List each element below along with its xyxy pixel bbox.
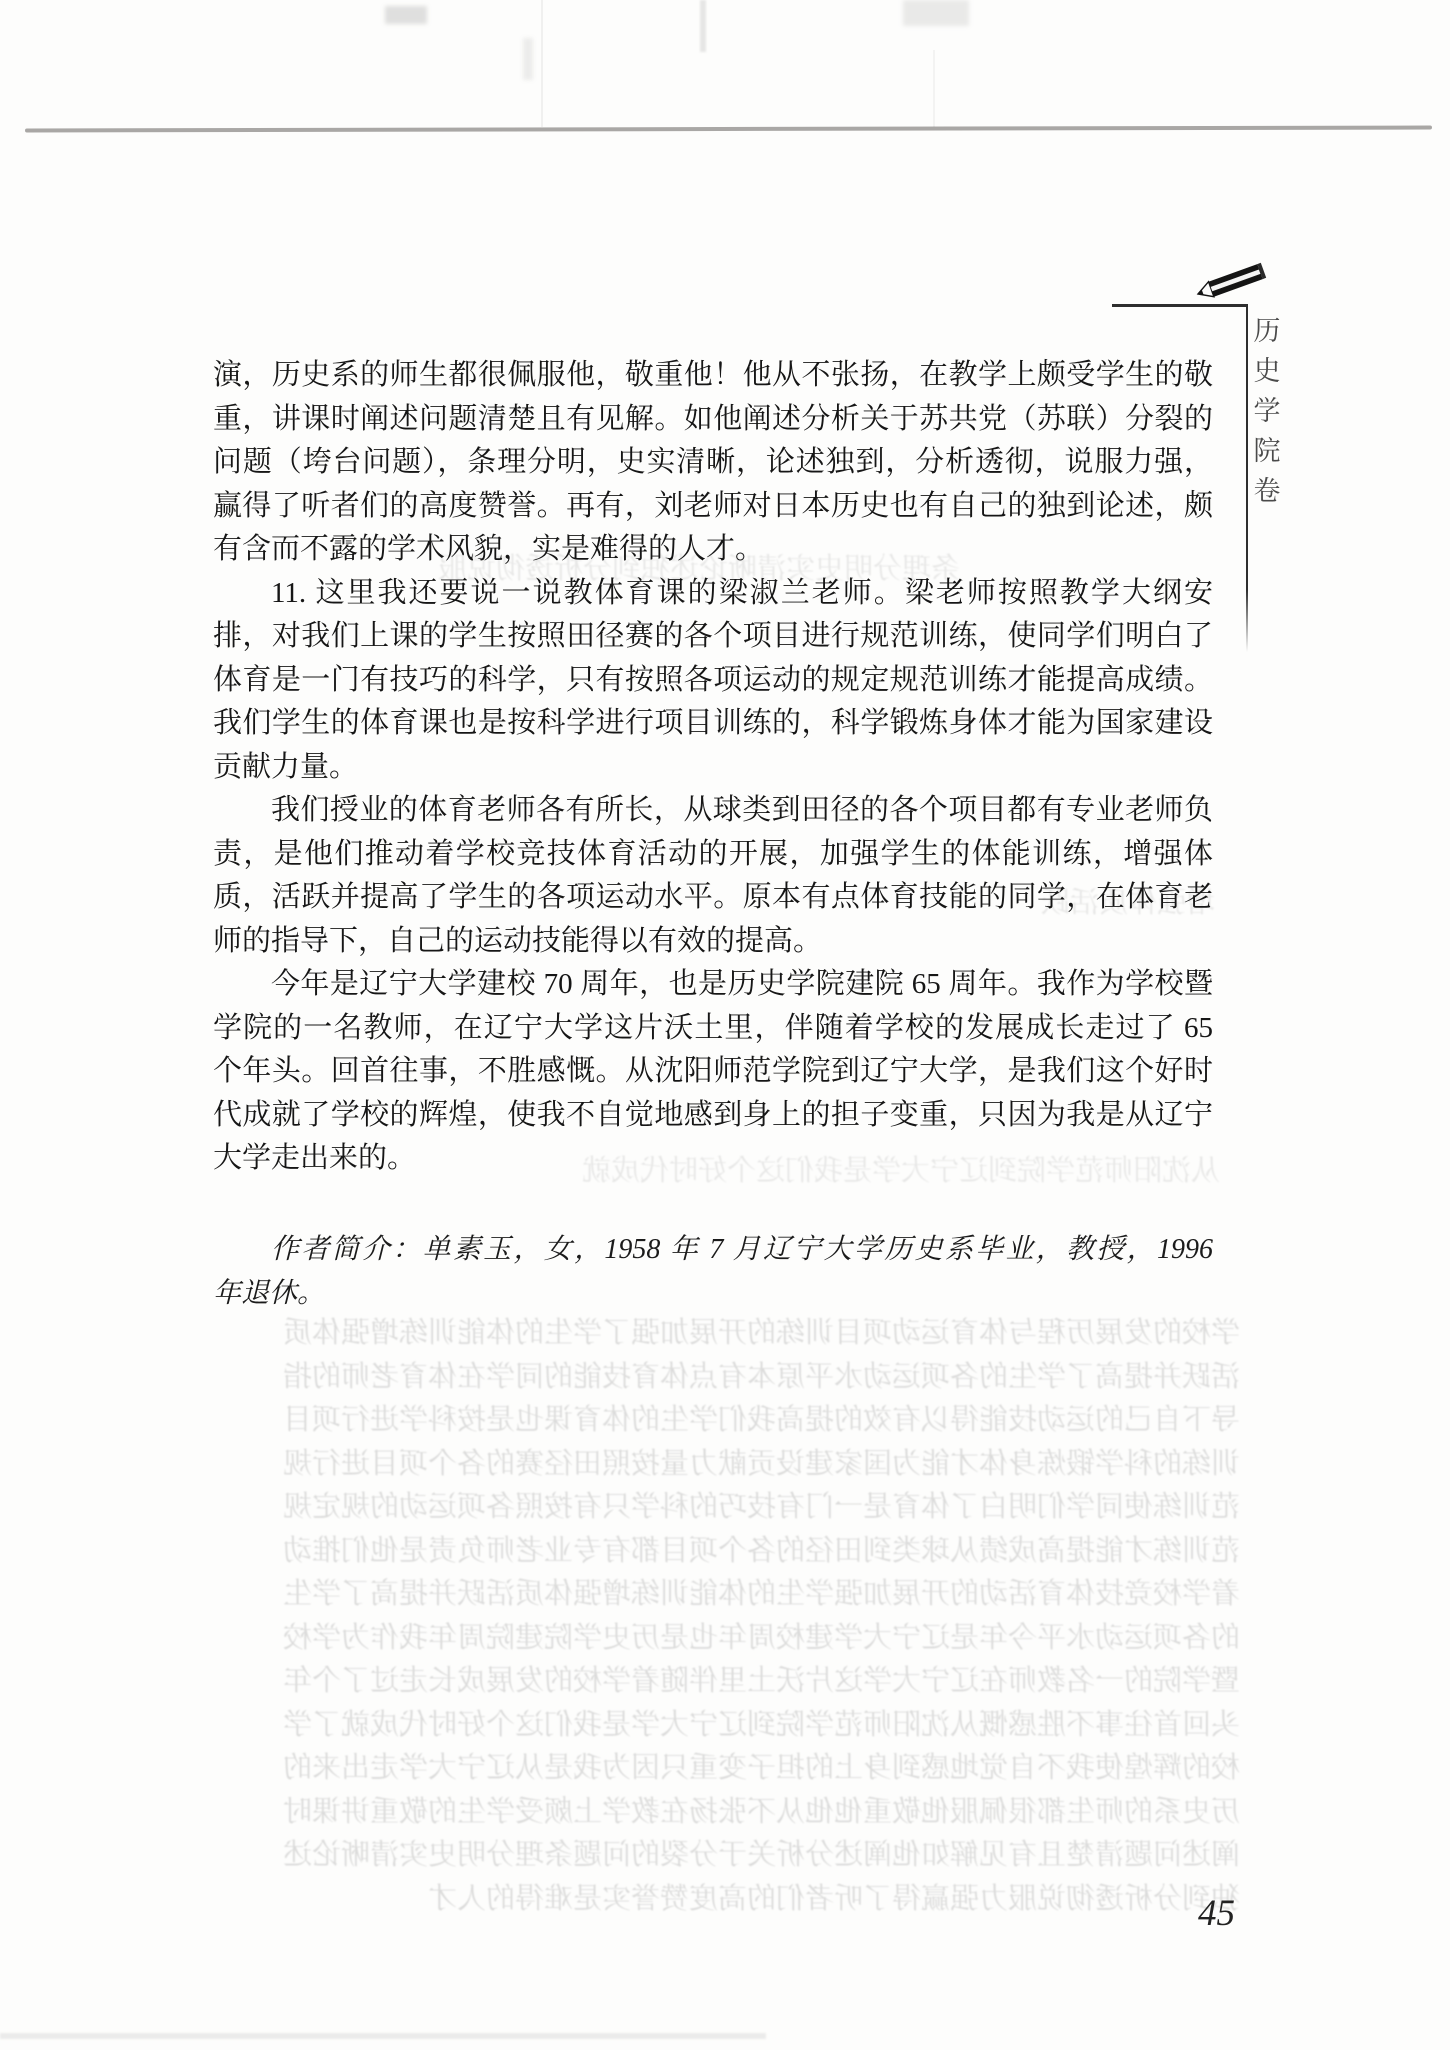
page-number: 45 <box>1198 1892 1235 1935</box>
text-line: 我们学生的体育课也是按科学进行项目训练的，科学锻炼身体才能为国家建设 <box>213 702 1213 746</box>
top-scan-rule <box>25 126 1432 133</box>
sidebar-label: 历史学院卷 <box>1252 318 1282 505</box>
bleedthrough-line: 训练的科学锻炼身体才能为国家建设贡献力量按照田径赛的各个项目进行规 <box>165 1443 1240 1487</box>
corner-rule-vertical <box>1246 304 1248 652</box>
text-line: 个年头。回首往事，不胜感慨。从沈阳师范学院到辽宁大学，是我们这个好时 <box>213 1050 1213 1094</box>
text-line: 演，历史系的师生都很佩服他，敬重他！他从不张扬，在教学上颇受学生的敬 <box>213 354 1213 398</box>
bio-line: 作者简介：单素玉，女，1958 年 7 月辽宁大学历史系毕业，教授，1996 <box>213 1228 1213 1272</box>
text-line: 学院的一名教师，在辽宁大学这片沃土里，伴随着学校的发展成长走过了 65 <box>213 1007 1213 1051</box>
bleedthrough-line: 头回首往事不胜感慨从沈阳师范学院到辽宁大学是我们这个好时代成就了学 <box>165 1704 1240 1748</box>
bleedthrough-line: 校的辉煌使我不自觉地感到身上的担子变重只因为我是从辽宁大学走出来的 <box>165 1747 1240 1791</box>
scan-artifact <box>933 50 935 127</box>
bleedthrough-line: 着学校竞技体育活动的开展加强学生的体能训练增强体质活跃并提高了学生 <box>165 1573 1240 1617</box>
sidebar-char: 卷 <box>1254 478 1281 505</box>
text-line: 赢得了听者们的高度赞誉。再有，刘老师对日本历史也有自己的独到论述，颇 <box>213 485 1213 529</box>
sidebar-char: 院 <box>1254 438 1281 465</box>
text-line: 体育是一门有技巧的科学，只有按照各项运动的规定规范训练才能提高成绩。 <box>213 659 1213 703</box>
text-line: 11. 这里我还要说一说教体育课的梁淑兰老师。梁老师按照教学大纲安 <box>213 572 1213 616</box>
text-line: 排，对我们上课的学生按照田径赛的各个项目进行规范训练，使同学们明白了 <box>213 615 1213 659</box>
bleedthrough-line: 学校的发展历程与体育运动项目训练的开展加强了学生的体能训练增强体质 <box>165 1312 1240 1356</box>
bleedthrough-line: 历史系的师生都很佩服他敬重他他从不张扬在教学上颇受学生的敬重讲课时 <box>165 1791 1240 1835</box>
text-line: 今年是辽宁大学建校 70 周年，也是历史学院建院 65 周年。我作为学校暨 <box>213 963 1213 1007</box>
bleedthrough-line: 暨学院的一名教师在辽宁大学这片沃土里伴随着学校的发展成长走过了个年 <box>165 1660 1240 1704</box>
bleedthrough-line: 活跃并提高了学生的各项运动水平原本有点体育技能的同学在体育老师的指 <box>165 1356 1240 1400</box>
scan-artifact <box>385 6 427 24</box>
text-line: 质，活跃并提高了学生的各项运动水平。原本有点体育技能的同学，在体育老 <box>213 876 1213 920</box>
text-line: 贡献力量。 <box>213 746 1213 790</box>
scan-artifact <box>903 0 969 26</box>
bleedthrough-line: 的各项运动水平今年是辽宁大学建校周年也是历史学院建院周年我作为学校 <box>165 1617 1240 1661</box>
sidebar-char: 史 <box>1254 358 1281 385</box>
author-bio: 作者简介：单素玉，女，1958 年 7 月辽宁大学历史系毕业，教授，1996年退… <box>213 1228 1213 1315</box>
text-line: 代成就了学校的辉煌，使我不自觉地感到身上的担子变重，只因为我是从辽宁 <box>213 1094 1213 1138</box>
scan-artifact <box>523 38 533 80</box>
bleedthrough-text: 学校的发展历程与体育运动项目训练的开展加强了学生的体能训练增强体质活跃并提高了学… <box>165 1312 1240 1921</box>
corner-rule-horizontal <box>1112 304 1248 307</box>
bleedthrough-line: 独到分析透彻说服力强赢得了听者们的高度赞誉实是难得的人才 <box>165 1878 1240 1922</box>
scan-artifact <box>700 0 706 52</box>
text-line: 问题（垮台问题），条理分明，史实清晰，论述独到，分析透彻，说服力强， <box>213 441 1213 485</box>
bleedthrough-line: 导下自己的运动技能得以有效的提高我们学生的体育课也是按科学进行项目 <box>165 1399 1240 1443</box>
scan-artifact <box>541 0 543 127</box>
sidebar-char: 历 <box>1254 318 1281 345</box>
pencil-icon <box>1192 258 1272 304</box>
text-line: 大学走出来的。 <box>213 1137 1213 1181</box>
text-line: 有含而不露的学术风貌，实是难得的人才。 <box>213 528 1213 572</box>
text-line: 责，是他们推动着学校竞技体育活动的开展，加强学生的体能训练，增强体 <box>213 833 1213 877</box>
bleedthrough-line: 范训练才能提高成绩从球类到田径的各个项目都有专业老师负责是他们推动 <box>165 1530 1240 1574</box>
bleedthrough-line: 范训练使同学们明白了体育是一门有技巧的科学只有按照各项运动的规定规 <box>165 1486 1240 1530</box>
text-line: 师的指导下，自己的运动技能得以有效的提高。 <box>213 920 1213 964</box>
bio-line: 年退休。 <box>213 1272 1213 1316</box>
scan-artifact <box>0 2033 766 2039</box>
text-line: 我们授业的体育老师各有所长，从球类到田径的各个项目都有专业老师负 <box>213 789 1213 833</box>
book-page: 历史学院卷 演，历史系的师生都很佩服他，敬重他！他从不张扬，在教学上颇受学生的敬… <box>0 0 1450 2050</box>
text-line: 重，讲课时阐述问题清楚且有见解。如他阐述分析关于苏共党（苏联）分裂的 <box>213 398 1213 442</box>
bleedthrough-line: 阐述问题清楚且有见解如他阐述分析关于分裂的问题条理分明史实清晰论述 <box>165 1834 1240 1878</box>
body-text: 演，历史系的师生都很佩服他，敬重他！他从不张扬，在教学上颇受学生的敬重，讲课时阐… <box>213 354 1213 1181</box>
sidebar-char: 学 <box>1254 398 1281 425</box>
